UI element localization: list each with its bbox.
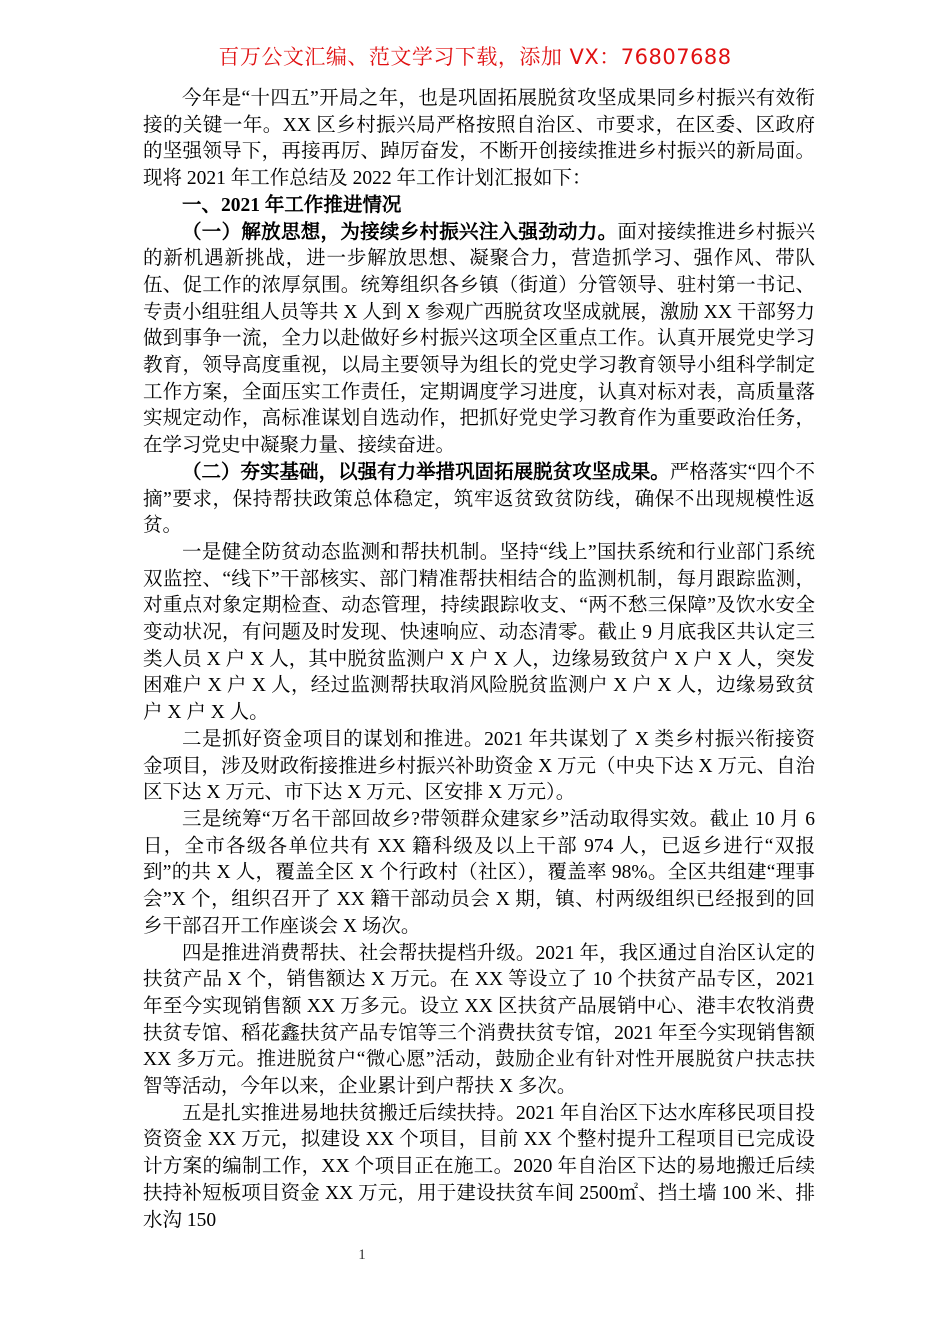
- paragraph-intro: 今年是“十四五”开局之年，也是巩固拓展脱贫攻坚成果同乡村振兴有效衔接的关键一年。…: [143, 86, 815, 193]
- paragraph-item-1-monitoring: 一是健全防贫动态监测和帮扶机制。坚持“线上”国扶系统和行业部门系统双监控、“线下…: [143, 540, 815, 727]
- subsection-2-lead: （二）夯实基础，以强有力举措巩固拓展脱贫攻坚成果。: [182, 462, 670, 483]
- paragraph-item-2-funding: 二是抓好资金项目的谋划和推进。2021 年共谋划了 X 类乡村振兴衔接资金项目，…: [143, 727, 815, 807]
- section-heading-2021-work: 一、2021 年工作推进情况: [143, 193, 815, 220]
- word-page-canvas: 百万公文汇编、范文学习下载，添加 VX：76807688 今年是“十四五”开局之…: [0, 0, 950, 1344]
- document-body: 今年是“十四五”开局之年，也是巩固拓展脱贫攻坚成果同乡村振兴有效衔接的关键一年。…: [143, 86, 815, 1234]
- paragraph-item-4-consumption-assistance: 四是推进消费帮扶、社会帮扶提档升级。2021 年，我区通过自治区认定的扶贫产品 …: [143, 941, 815, 1101]
- paragraph-subsection-1: （一）解放思想，为接续乡村振兴注入强劲动力。面对接续推进乡村振兴的新机遇新挑战，…: [143, 220, 815, 460]
- page-number: 1: [352, 1246, 372, 1264]
- document-page: { "colors": { "promo_red": "#e01112", "b…: [0, 0, 950, 1344]
- paragraph-item-5-relocation-support: 五是扎实推进易地扶贫搬迁后续扶持。2021 年自治区下达水库移民项目投资资金 X…: [143, 1101, 815, 1235]
- paragraph-item-3-cadres-return: 三是统筹“万名干部回故乡?带领群众建家乡”活动取得实效。截止 10 月 6 日，…: [143, 807, 815, 941]
- subsection-1-body: 面对接续推进乡村振兴的新机遇新挑战，进一步解放思想、凝聚合力，营造抓学习、强作风…: [143, 222, 815, 457]
- subsection-1-lead: （一）解放思想，为接续乡村振兴注入强劲动力。: [182, 222, 617, 243]
- paragraph-subsection-2: （二）夯实基础，以强有力举措巩固拓展脱贫攻坚成果。严格落实“四个不摘”要求，保持…: [143, 460, 815, 540]
- promo-header-text: 百万公文汇编、范文学习下载，添加 VX：76807688: [0, 46, 950, 69]
